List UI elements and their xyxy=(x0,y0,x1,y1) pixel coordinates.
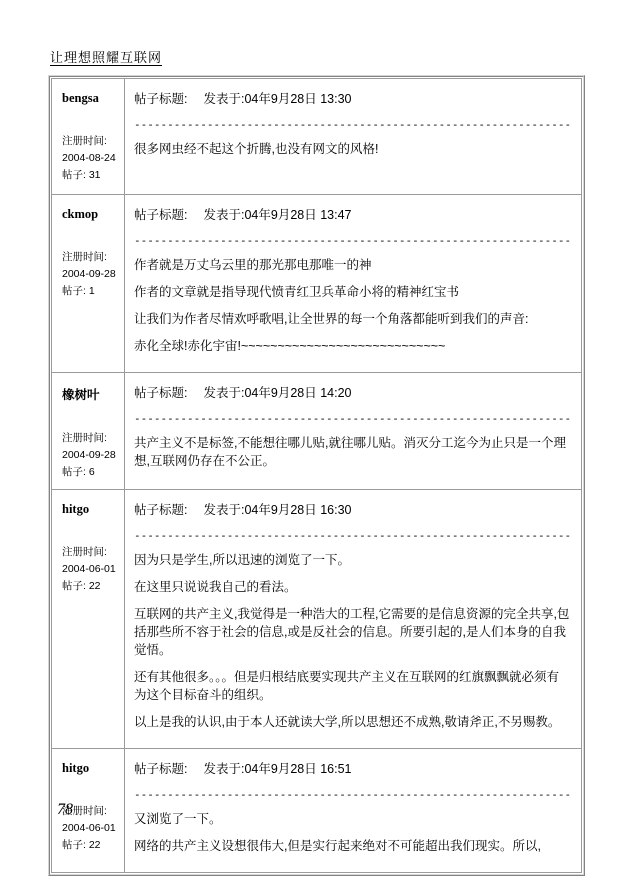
post-content-cell: 帖子标题:发表于:04年9月28日 16:30 ----------------… xyxy=(125,490,582,749)
post-title-label: 帖子标题: xyxy=(134,762,187,776)
post-header: 帖子标题:发表于:04年9月28日 13:30 xyxy=(134,89,571,107)
post-author-username: hitgo xyxy=(62,502,120,517)
posted-at-label: 发表于: xyxy=(203,762,244,776)
post-count-value: 31 xyxy=(89,169,101,181)
registration-time-label: 注册时间: xyxy=(62,430,120,447)
post-body: 又浏览了一下。网络的共产主义设想很伟大,但是实行起来绝对不可能超出我们现实。所以… xyxy=(134,810,571,855)
posted-at: 发表于:04年9月28日 13:30 xyxy=(203,92,351,106)
post-paragraph: 很多网虫经不起这个折腾,也没有网文的风格! xyxy=(134,140,571,158)
post-author-username: ckmop xyxy=(62,207,120,222)
post-author-cell: bengsa 注册时间: 2004-08-24 帖子: 31 xyxy=(52,79,125,195)
posted-at-label: 发表于: xyxy=(203,208,244,222)
dashed-separator: ----------------------------------------… xyxy=(134,119,571,132)
document-page: 让理想照耀互联网 bengsa 注册时间: 2004-08-24 帖子: 31 … xyxy=(0,0,630,891)
registration-date: 2004-08-24 xyxy=(62,150,120,167)
post-body: 共产主义不是标签,不能想往哪儿贴,就往哪儿贴。消灭分工迄今为止只是一个理想,互联… xyxy=(134,434,571,470)
post-count: 帖子: 1 xyxy=(62,283,120,300)
page-number: 78 xyxy=(57,801,73,819)
post-body: 很多网虫经不起这个折腾,也没有网文的风格! xyxy=(134,140,571,158)
post-count-label: 帖子: xyxy=(62,466,86,478)
posted-at-label: 发表于: xyxy=(203,386,244,400)
posted-at-date: 04年9月28日 14:20 xyxy=(244,386,351,400)
post-title-label: 帖子标题: xyxy=(134,386,187,400)
post-count-label: 帖子: xyxy=(62,580,86,592)
post-count-label: 帖子: xyxy=(62,285,86,297)
posted-at-date: 04年9月28日 16:30 xyxy=(244,503,351,517)
post-paragraph: 又浏览了一下。 xyxy=(134,810,571,828)
post-title-label: 帖子标题: xyxy=(134,208,187,222)
registration-time-label: 注册时间: xyxy=(62,544,120,561)
registration-date: 2004-09-28 xyxy=(62,266,120,283)
post-content-cell: 帖子标题:发表于:04年9月28日 14:20 ----------------… xyxy=(125,373,582,490)
post-count-value: 22 xyxy=(89,580,101,592)
post-paragraph: 因为只是学生,所以迅速的浏览了一下。 xyxy=(134,551,571,569)
post-content-cell: 帖子标题:发表于:04年9月28日 13:47 ----------------… xyxy=(125,195,582,373)
post-row: ckmop 注册时间: 2004-09-28 帖子: 1 帖子标题:发表于:04… xyxy=(52,195,582,373)
post-content-cell: 帖子标题:发表于:04年9月28日 16:51 ----------------… xyxy=(125,749,582,873)
posted-at-label: 发表于: xyxy=(203,503,244,517)
post-body: 因为只是学生,所以迅速的浏览了一下。在这里只说说我自己的看法。互联网的共产主义,… xyxy=(134,551,571,731)
post-paragraph: 在这里只说说我自己的看法。 xyxy=(134,578,571,596)
post-paragraph: 共产主义不是标签,不能想往哪儿贴,就往哪儿贴。消灭分工迄今为止只是一个理想,互联… xyxy=(134,434,571,470)
post-row: bengsa 注册时间: 2004-08-24 帖子: 31 帖子标题:发表于:… xyxy=(52,79,582,195)
post-count: 帖子: 22 xyxy=(62,578,120,595)
post-header: 帖子标题:发表于:04年9月28日 14:20 xyxy=(134,383,571,401)
post-paragraph: 网络的共产主义设想很伟大,但是实行起来绝对不可能超出我们现实。所以, xyxy=(134,837,571,855)
post-count-label: 帖子: xyxy=(62,839,86,851)
posted-at: 发表于:04年9月28日 16:51 xyxy=(203,762,351,776)
posted-at-date: 04年9月28日 13:30 xyxy=(244,92,351,106)
dashed-separator: ----------------------------------------… xyxy=(134,530,571,543)
post-row: 橡树叶 注册时间: 2004-09-28 帖子: 6 帖子标题:发表于:04年9… xyxy=(52,373,582,490)
registration-date: 2004-06-01 xyxy=(62,561,120,578)
post-author-cell: ckmop 注册时间: 2004-09-28 帖子: 1 xyxy=(52,195,125,373)
post-content-cell: 帖子标题:发表于:04年9月28日 13:30 ----------------… xyxy=(125,79,582,195)
posted-at: 发表于:04年9月28日 13:47 xyxy=(203,208,351,222)
post-header: 帖子标题:发表于:04年9月28日 13:47 xyxy=(134,205,571,223)
post-paragraph: 还有其他很多。。。但是归根结底要实现共产主义在互联网的红旗飘飘就必须有为这个目标… xyxy=(134,668,571,704)
post-author-cell: hitgo 注册时间: 2004-06-01 帖子: 22 xyxy=(52,490,125,749)
registration-time-label: 注册时间: xyxy=(62,133,120,150)
post-count-value: 22 xyxy=(89,839,101,851)
post-author-username: bengsa xyxy=(62,91,120,106)
post-count-value: 6 xyxy=(89,466,95,478)
post-title-label: 帖子标题: xyxy=(134,92,187,106)
page-title: 让理想照耀互联网 xyxy=(50,47,162,66)
posted-at: 发表于:04年9月28日 14:20 xyxy=(203,386,351,400)
posted-at-date: 04年9月28日 13:47 xyxy=(244,208,351,222)
posted-at: 发表于:04年9月28日 16:30 xyxy=(203,503,351,517)
post-row: hitgo 注册时间: 2004-06-01 帖子: 22 帖子标题:发表于:0… xyxy=(52,490,582,749)
post-paragraph: 让我们为作者尽情欢呼歌唱,让全世界的每一个角落都能听到我们的声音: xyxy=(134,310,571,328)
post-count: 帖子: 6 xyxy=(62,464,120,481)
post-header: 帖子标题:发表于:04年9月28日 16:30 xyxy=(134,500,571,518)
post-paragraph: 赤化全球!赤化宇宙!~~~~~~~~~~~~~~~~~~~~~~~~~~~~ xyxy=(134,337,571,355)
post-count: 帖子: 31 xyxy=(62,167,120,184)
post-count-label: 帖子: xyxy=(62,169,86,181)
post-paragraph: 以上是我的认识,由于本人还就读大学,所以思想还不成熟,敬请斧正,不另赐教。 xyxy=(134,713,571,731)
post-author-username: hitgo xyxy=(62,761,120,776)
post-author-username: 橡树叶 xyxy=(62,385,120,403)
post-header: 帖子标题:发表于:04年9月28日 16:51 xyxy=(134,759,571,777)
post-author-cell: 橡树叶 注册时间: 2004-09-28 帖子: 6 xyxy=(52,373,125,490)
post-count: 帖子: 22 xyxy=(62,837,120,854)
posted-at-label: 发表于: xyxy=(203,92,244,106)
registration-date: 2004-06-01 xyxy=(62,820,120,837)
forum-posts-table: bengsa 注册时间: 2004-08-24 帖子: 31 帖子标题:发表于:… xyxy=(48,75,585,876)
post-row: hitgo 注册时间: 2004-06-01 帖子: 22 帖子标题:发表于:0… xyxy=(52,749,582,873)
forum-table: bengsa 注册时间: 2004-08-24 帖子: 31 帖子标题:发表于:… xyxy=(51,78,582,873)
registration-date: 2004-09-28 xyxy=(62,447,120,464)
registration-time-label: 注册时间: xyxy=(62,249,120,266)
dashed-separator: ----------------------------------------… xyxy=(134,789,571,802)
post-paragraph: 作者的文章就是指导现代愤青红卫兵革命小将的精神红宝书 xyxy=(134,283,571,301)
dashed-separator: ----------------------------------------… xyxy=(134,413,571,426)
dashed-separator: ----------------------------------------… xyxy=(134,235,571,248)
post-body: 作者就是万丈乌云里的那光那电那唯一的神作者的文章就是指导现代愤青红卫兵革命小将的… xyxy=(134,256,571,355)
post-paragraph: 互联网的共产主义,我觉得是一种浩大的工程,它需要的是信息资源的完全共享,包括那些… xyxy=(134,605,571,659)
post-paragraph: 作者就是万丈乌云里的那光那电那唯一的神 xyxy=(134,256,571,274)
post-title-label: 帖子标题: xyxy=(134,503,187,517)
posted-at-date: 04年9月28日 16:51 xyxy=(244,762,351,776)
post-count-value: 1 xyxy=(89,285,95,297)
